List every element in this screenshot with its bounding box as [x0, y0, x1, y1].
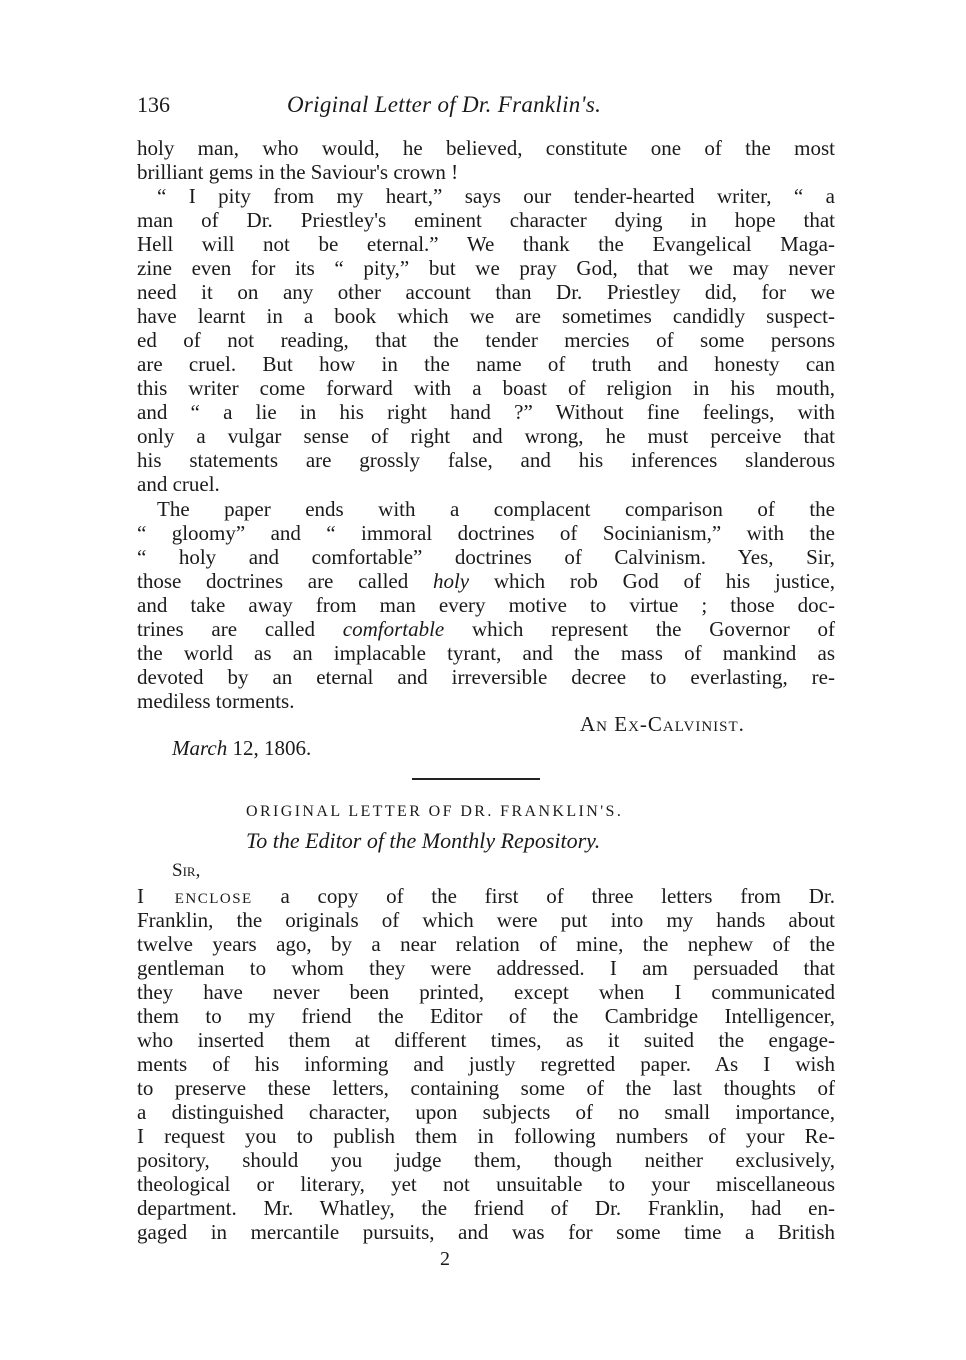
- text-line: department. Mr. Whatley, the friend of D…: [137, 1196, 835, 1220]
- signature-mark: 2: [440, 1248, 450, 1271]
- salutation: Sir,: [172, 860, 200, 882]
- text-line: the world as an implacable tyrant, and t…: [137, 641, 835, 665]
- text-line: “ holy and comfortable” doctrines of Cal…: [137, 545, 835, 569]
- text-line: zine even for its “ pity,” but we pray G…: [137, 256, 835, 280]
- text-line: to preserve these letters, containing so…: [137, 1076, 835, 1100]
- section-title: ORIGINAL LETTER OF DR. FRANKLIN'S.: [246, 803, 623, 821]
- text-line: ments of his informing and justly regret…: [137, 1052, 835, 1076]
- text-run: those doctrines are called: [137, 569, 433, 593]
- text-line: gentleman to whom they were addressed. I…: [137, 956, 835, 980]
- text-line: “ gloomy” and “ immoral doctrines of Soc…: [137, 521, 835, 545]
- text-line: they have never been printed, except whe…: [137, 980, 835, 1004]
- text-line: and cruel.: [137, 472, 835, 496]
- section-divider: [412, 778, 540, 780]
- text-run: trines are called: [137, 617, 343, 641]
- text-line: pository, should you judge them, though …: [137, 1148, 835, 1172]
- italic-word: comfortable: [343, 617, 444, 641]
- text-line: I request you to publish them in followi…: [137, 1124, 835, 1148]
- text-line: I enclose a copy of the first of three l…: [137, 884, 835, 908]
- text-line: Franklin, the originals of which were pu…: [137, 908, 835, 932]
- text-line: man of Dr. Priestley's eminent character…: [137, 208, 835, 232]
- text-line: Hell will not be eternal.” We thank the …: [137, 232, 835, 256]
- text-line: The paper ends with a complacent compari…: [157, 497, 835, 521]
- page-header: 136 Original Letter of Dr. Franklin's.: [137, 92, 837, 124]
- text-line: a distinguished character, upon subjects…: [137, 1100, 835, 1124]
- text-line: mediless torments.: [137, 689, 835, 713]
- text-line: who inserted them at different times, as…: [137, 1028, 835, 1052]
- text-line: “ I pity from my heart,” says our tender…: [157, 184, 835, 208]
- text-line: trines are called comfortable which repr…: [137, 617, 835, 641]
- text-line: them to my friend the Editor of the Camb…: [137, 1004, 835, 1028]
- text-line: ed of not reading, that the tender merci…: [137, 328, 835, 352]
- text-line: are cruel. But how in the name of truth …: [137, 352, 835, 376]
- text-line: and “ a lie in his right hand ?” Without…: [137, 400, 835, 424]
- text-run: which represent the Governor of: [444, 617, 835, 641]
- text-line: gaged in mercantile pursuits, and was fo…: [137, 1220, 835, 1244]
- text-line: holy man, who would, he believed, consti…: [137, 136, 835, 160]
- document-page: 136 Original Letter of Dr. Franklin's. h…: [0, 0, 966, 1360]
- text-line: this writer come forward with a boast of…: [137, 376, 835, 400]
- date-line: March 12, 1806.: [172, 736, 311, 761]
- text-line: twelve years ago, by a near relation of …: [137, 932, 835, 956]
- italic-word: holy: [433, 569, 469, 593]
- text-line: need it on any other account than Dr. Pr…: [137, 280, 835, 304]
- text-line: theological or literary, yet not unsuita…: [137, 1172, 835, 1196]
- drop-word: I enclose: [137, 884, 253, 908]
- text-line: those doctrines are called holy which ro…: [137, 569, 835, 593]
- running-title: Original Letter of Dr. Franklin's.: [287, 92, 601, 118]
- signature: An Ex-Calvinist.: [580, 712, 745, 737]
- text-run: which rob God of his justice,: [469, 569, 835, 593]
- text-line: brilliant gems in the Saviour's crown !: [137, 160, 835, 184]
- page-number: 136: [137, 92, 170, 118]
- date-rest: 12, 1806.: [227, 736, 311, 760]
- text-line: his statements are grossly false, and hi…: [137, 448, 835, 472]
- text-line: only a vulgar sense of right and wrong, …: [137, 424, 835, 448]
- section-subtitle: To the Editor of the Monthly Repository.: [246, 828, 600, 854]
- text-line: have learnt in a book which we are somet…: [137, 304, 835, 328]
- text-run: a copy of the first of three letters fro…: [253, 884, 835, 908]
- text-line: and take away from man every motive to v…: [137, 593, 835, 617]
- date-month: March: [172, 736, 227, 760]
- text-line: devoted by an eternal and irreversible d…: [137, 665, 835, 689]
